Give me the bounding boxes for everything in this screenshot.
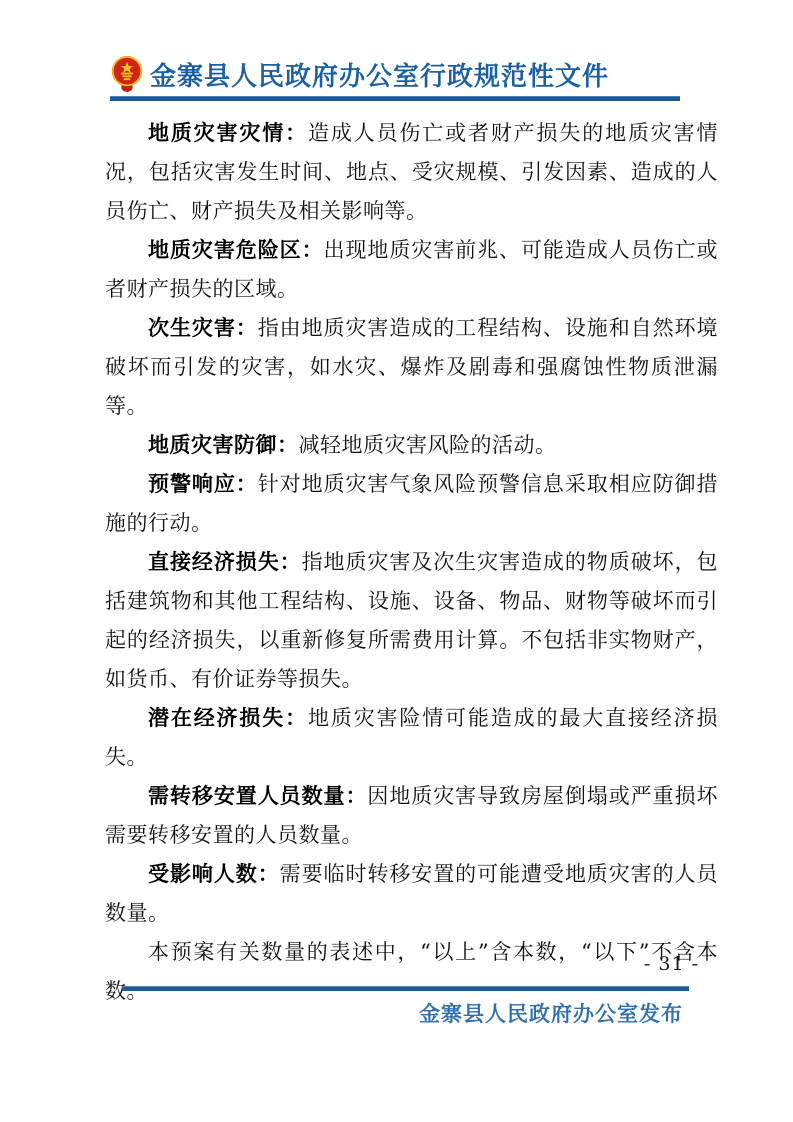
definition-paragraph: 地质灾害灾情：造成人员伤亡或者财产损失的地质灾害情况，包括灾害发生时间、地点、受…	[105, 114, 718, 231]
term-label: 预警响应：	[148, 473, 258, 496]
footer-divider	[122, 986, 689, 991]
term-label: 次生灾害：	[148, 317, 258, 340]
term-label: 地质灾害防御：	[148, 434, 299, 457]
definition-paragraph: 直接经济损失：指地质灾害及次生灾害造成的物质破坏，包括建筑物和其他工程结构、设施…	[105, 543, 718, 699]
definition-paragraph: 潜在经济损失：地质灾害险情可能造成的最大直接经济损失。	[105, 699, 718, 777]
definition-paragraph: 地质灾害危险区：出现地质灾害前兆、可能造成人员伤亡或者财产损失的区域。	[105, 231, 718, 309]
page-number: - 31 -	[644, 953, 699, 975]
term-label: 需转移安置人员数量：	[148, 785, 367, 808]
term-label: 直接经济损失：	[148, 551, 302, 574]
definition-paragraph: 次生灾害：指由地质灾害造成的工程结构、设施和自然环境破坏而引发的灾害，如水灾、爆…	[105, 309, 718, 426]
header-row: 金寨县人民政府办公室行政规范性文件	[110, 54, 685, 94]
definition-paragraph: 地质灾害防御：减轻地质灾害风险的活动。	[105, 426, 718, 465]
definition-paragraph: 受影响人数：需要临时转移安置的可能遭受地质灾害的人员数量。	[105, 855, 718, 933]
term-label: 地质灾害危险区：	[148, 239, 324, 262]
publisher-label: 金寨县人民政府办公室发布	[419, 998, 683, 1028]
term-label: 受影响人数：	[148, 863, 280, 886]
definition-text: 减轻地质灾害风险的活动。	[299, 433, 557, 457]
national-emblem-icon	[110, 55, 144, 93]
term-label: 地质灾害灾情：	[148, 122, 308, 145]
definition-paragraph: 预警响应：针对地质灾害气象风险预警信息采取相应防御措施的行动。	[105, 465, 718, 543]
header-title: 金寨县人民政府办公室行政规范性文件	[150, 56, 609, 93]
document-page: 金寨县人民政府办公室行政规范性文件 地质灾害灾情：造成人员伤亡或者财产损失的地质…	[0, 0, 793, 1122]
definition-paragraph: 需转移安置人员数量：因地质灾害导致房屋倒塌或严重损坏需要转移安置的人员数量。	[105, 777, 718, 855]
header-divider	[110, 96, 680, 101]
document-header: 金寨县人民政府办公室行政规范性文件	[110, 54, 685, 101]
definition-text: 本预案有关数量的表述中，“以上”含本数，“以下”不含本数。	[105, 940, 718, 1003]
document-body: 地质灾害灾情：造成人员伤亡或者财产损失的地质灾害情况，包括灾害发生时间、地点、受…	[105, 114, 718, 1011]
term-label: 潜在经济损失：	[148, 707, 308, 730]
